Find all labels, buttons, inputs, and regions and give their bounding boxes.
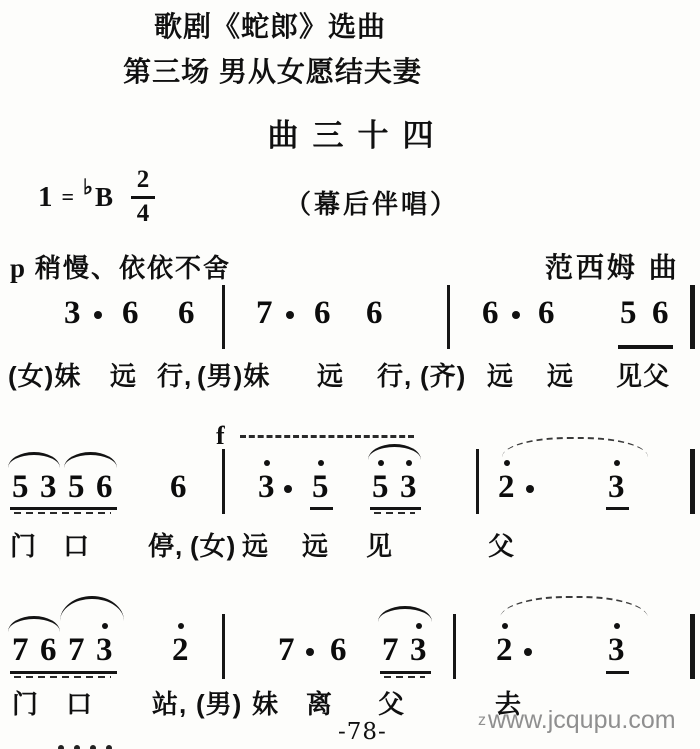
tempo-marking: p 稍慢、依依不舍 xyxy=(10,248,231,285)
note-digit: 7 xyxy=(278,634,295,667)
score-line-1: 3667666656 xyxy=(0,283,700,357)
cutoff-artifact-dot xyxy=(58,745,64,749)
dashed-slur xyxy=(502,437,648,457)
note-digit: 6 xyxy=(170,471,187,504)
lyric-syllable: (女)妹 xyxy=(8,356,81,393)
lyric-syllable: 父 xyxy=(378,684,405,721)
lyric-syllable: 见 xyxy=(366,526,393,563)
note-digit: 2 xyxy=(498,471,515,504)
lyric-syllable: (女) xyxy=(190,526,236,563)
slur xyxy=(60,596,124,621)
note-digit: 3 xyxy=(40,471,57,504)
augmentation-dot xyxy=(524,648,532,656)
note-digit: 3 xyxy=(608,634,625,667)
octave-dot xyxy=(406,460,412,466)
note-digit: 3 xyxy=(64,297,81,330)
fraction-line xyxy=(131,196,155,199)
beam-underline xyxy=(10,671,117,674)
end-barline xyxy=(690,285,695,349)
note-digit: 2 xyxy=(172,634,189,667)
slur xyxy=(368,444,421,460)
lyric-syllable: 父 xyxy=(488,526,515,563)
lyric-syllable: 口 xyxy=(63,526,90,563)
note-digit: 3 xyxy=(608,471,625,504)
beam-underline xyxy=(606,507,629,510)
octave-dot xyxy=(416,623,422,629)
lyric-syllable: 远 xyxy=(110,356,137,393)
beam-underline-2 xyxy=(14,676,111,678)
lyric-syllable: 口 xyxy=(66,684,93,721)
dynamic-p: p xyxy=(10,253,25,284)
extension-dashes xyxy=(240,435,414,438)
note-digit: 5 xyxy=(372,471,389,504)
performance-note: （幕后伴唱） xyxy=(285,184,459,221)
beam-underline xyxy=(380,671,431,674)
lyric-syllable: 远 xyxy=(317,356,344,393)
dynamic-f: f xyxy=(216,421,225,451)
slur xyxy=(8,616,60,632)
lyric-syllable: 门 xyxy=(12,684,39,721)
time-signature: 2 4 xyxy=(131,167,155,227)
beam-underline-2 xyxy=(374,512,415,514)
barline xyxy=(476,449,479,514)
beam-underline xyxy=(618,345,673,349)
sheet-music-page: 歌剧《蛇郎》选曲 第三场 男从女愿结夫妻 曲三十四 1 = ♭ B 2 4 （幕… xyxy=(0,0,700,749)
beam-underline-2 xyxy=(384,676,425,678)
lyric-syllable: 站, xyxy=(152,684,187,721)
augmentation-dot xyxy=(94,311,102,319)
beam-underline xyxy=(10,507,117,510)
barline xyxy=(453,614,456,679)
lyric-syllable: 妹 xyxy=(252,684,279,721)
note-digit: 5 xyxy=(620,297,637,330)
note-digit: 5 xyxy=(312,471,329,504)
note-digit: 3 xyxy=(400,471,417,504)
octave-dot xyxy=(502,623,508,629)
slur xyxy=(64,452,117,468)
beam-underline xyxy=(310,507,333,510)
note-digit: 6 xyxy=(330,634,347,667)
note-digit: 7 xyxy=(382,634,399,667)
score-line-3: 76732767323 xyxy=(0,592,700,688)
lyric-syllable: 停, xyxy=(148,526,183,563)
key-note: B xyxy=(95,182,113,213)
note-digit: 7 xyxy=(68,634,85,667)
note-digit: 6 xyxy=(40,634,57,667)
augmentation-dot xyxy=(286,311,294,319)
barline xyxy=(447,285,450,349)
note-digit: 3 xyxy=(96,634,113,667)
note-digit: 6 xyxy=(482,297,499,330)
lyric-syllable: 离 xyxy=(306,684,333,721)
octave-dot xyxy=(378,460,384,466)
note-digit: 6 xyxy=(366,297,383,330)
dashed-slur xyxy=(500,596,648,618)
lyric-syllable: 远 xyxy=(547,356,574,393)
tempo-text: 稍慢、依依不舍 xyxy=(35,248,231,285)
key-signature: 1 = ♭ B 2 4 xyxy=(38,165,155,229)
octave-dot xyxy=(178,623,184,629)
note-digit: 6 xyxy=(652,297,669,330)
barline xyxy=(222,449,225,514)
note-digit: 5 xyxy=(12,471,29,504)
barline xyxy=(222,285,225,349)
lyrics-line-1: (女)妹远行,(男)妹远行,(齐)远远见父 xyxy=(0,356,700,392)
augmentation-dot xyxy=(526,485,534,493)
scene-title: 第三场 男从女愿结夫妻 xyxy=(0,50,545,90)
page-number: -78- xyxy=(338,719,387,745)
note-digit: 6 xyxy=(178,297,195,330)
lyric-syllable: 行, xyxy=(377,356,412,393)
composer-credit: 范西姆 曲 xyxy=(545,246,680,286)
lyric-syllable: 远 xyxy=(487,356,514,393)
slur xyxy=(8,452,60,468)
barline xyxy=(222,614,225,679)
lyric-syllable: 门 xyxy=(10,526,37,563)
score-line-2: 53566355323f xyxy=(0,425,700,521)
note-digit: 6 xyxy=(122,297,139,330)
octave-dot xyxy=(102,623,108,629)
octave-dot xyxy=(614,623,620,629)
key-equals: = xyxy=(62,184,75,210)
lyrics-line-2: 门口停,(女)远远见父 xyxy=(0,526,700,562)
note-digit: 5 xyxy=(68,471,85,504)
octave-dot xyxy=(264,460,270,466)
flat-icon: ♭ xyxy=(83,175,93,200)
beam-underline xyxy=(606,671,629,674)
octave-dot xyxy=(614,460,620,466)
cutoff-artifact-dot xyxy=(74,745,80,749)
lyric-syllable: 见父 xyxy=(616,356,670,393)
lyric-syllable: (齐) xyxy=(420,356,466,393)
song-number-title: 曲三十四 xyxy=(0,110,700,155)
end-barline xyxy=(690,614,695,679)
lyric-syllable: (男)妹 xyxy=(197,356,270,393)
watermark: z www.jcqupu.com xyxy=(478,706,676,735)
end-barline xyxy=(690,449,695,514)
meter-numerator: 2 xyxy=(137,167,150,193)
note-digit: 6 xyxy=(314,297,331,330)
note-digit: 7 xyxy=(12,634,29,667)
octave-dot xyxy=(318,460,324,466)
cutoff-artifact-dot xyxy=(106,745,112,749)
note-digit: 6 xyxy=(96,471,113,504)
meter-denominator: 4 xyxy=(137,201,150,227)
lyric-syllable: 远 xyxy=(302,526,329,563)
note-digit: 3 xyxy=(410,634,427,667)
note-digit: 6 xyxy=(538,297,555,330)
note-digit: 3 xyxy=(258,471,275,504)
beam-underline xyxy=(370,507,421,510)
key-tonic: 1 xyxy=(38,181,53,214)
cursor-icon: z xyxy=(478,712,486,730)
octave-dot xyxy=(504,460,510,466)
augmentation-dot xyxy=(306,648,314,656)
note-digit: 7 xyxy=(256,297,273,330)
slur xyxy=(378,606,432,622)
lyric-syllable: 远 xyxy=(242,526,269,563)
piece-title: 歌剧《蛇郎》选曲 xyxy=(0,5,540,45)
note-digit: 2 xyxy=(496,634,513,667)
beam-underline-2 xyxy=(14,512,111,514)
cutoff-artifact-dot xyxy=(90,745,96,749)
lyric-syllable: (男) xyxy=(196,684,242,721)
watermark-url: www.jcqupu.com xyxy=(488,706,676,735)
augmentation-dot xyxy=(284,485,292,493)
lyric-syllable: 行, xyxy=(157,356,192,393)
augmentation-dot xyxy=(512,311,520,319)
